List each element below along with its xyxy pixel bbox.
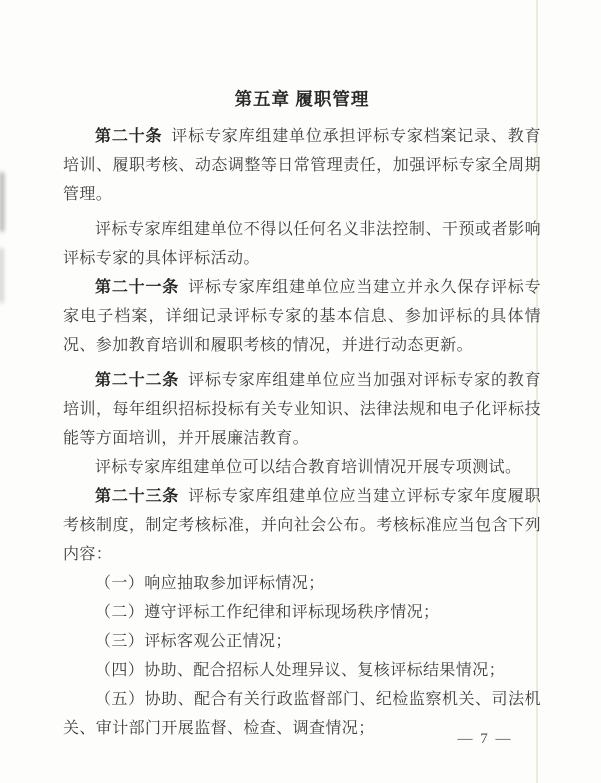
article-paragraph: 第二十二条评标专家库组建单位应当加强对评标专家的教育培训，每年组织招标投标有关专…	[63, 366, 541, 453]
list-item: （三）评标客观公正情况；	[63, 627, 541, 656]
paragraph: 评标专家库组建单位可以结合教育培训情况开展专项测试。	[63, 453, 541, 482]
article-paragraph: 第二十三条评标专家库组建单位应当建立评标专家年度履职考核制度，制定考核标准，并向…	[63, 482, 541, 569]
document-body: 第二十条评标专家库组建单位承担评标专家档案记录、教育培训、履职考核、动态调整等日…	[63, 122, 541, 743]
article-number: 第二十三条	[95, 488, 179, 505]
article-number: 第二十一条	[95, 279, 179, 296]
paragraph-text: （四）协助、配合招标人处理异议、复核评标结果情况；	[95, 662, 505, 679]
scan-edge-smudge	[0, 248, 3, 303]
list-item: （一）响应抽取参加评标情况；	[63, 569, 541, 598]
scanned-document-page: 第五章 履职管理 第二十条评标专家库组建单位承担评标专家档案记录、教育培训、履职…	[0, 0, 601, 783]
paragraph-text: 评标专家库组建单位可以结合教育培训情况开展专项测试。	[95, 459, 521, 476]
article-number: 第二十二条	[95, 372, 179, 389]
chapter-title: 第五章 履职管理	[63, 86, 541, 112]
article-number: 第二十条	[95, 128, 162, 145]
list-item: （二）遵守评标工作纪律和评标现场秩序情况；	[63, 598, 541, 627]
paragraph-text: （一）响应抽取参加评标情况；	[95, 575, 325, 592]
paragraph: 评标专家库组建单位不得以任何名义非法控制、干预或者影响评标专家的具体评标活动。	[63, 215, 541, 273]
paragraph-text: （三）评标客观公正情况；	[95, 633, 292, 650]
paragraph-text: （二）遵守评标工作纪律和评标现场秩序情况；	[95, 604, 439, 621]
page-number: — 7 —	[450, 731, 520, 748]
article-paragraph: 第二十一条评标专家库组建单位应当建立并永久保存评标专家电子档案，详细记录评标专家…	[63, 273, 541, 360]
document-content: 第五章 履职管理 第二十条评标专家库组建单位承担评标专家档案记录、教育培训、履职…	[63, 86, 541, 743]
paragraph-text: 评标专家库组建单位不得以任何名义非法控制、干预或者影响评标专家的具体评标活动。	[63, 221, 541, 267]
article-paragraph: 第二十条评标专家库组建单位承担评标专家档案记录、教育培训、履职考核、动态调整等日…	[63, 122, 541, 209]
list-item: （四）协助、配合招标人处理异议、复核评标结果情况；	[63, 656, 541, 685]
scan-edge-smudge	[0, 172, 4, 232]
